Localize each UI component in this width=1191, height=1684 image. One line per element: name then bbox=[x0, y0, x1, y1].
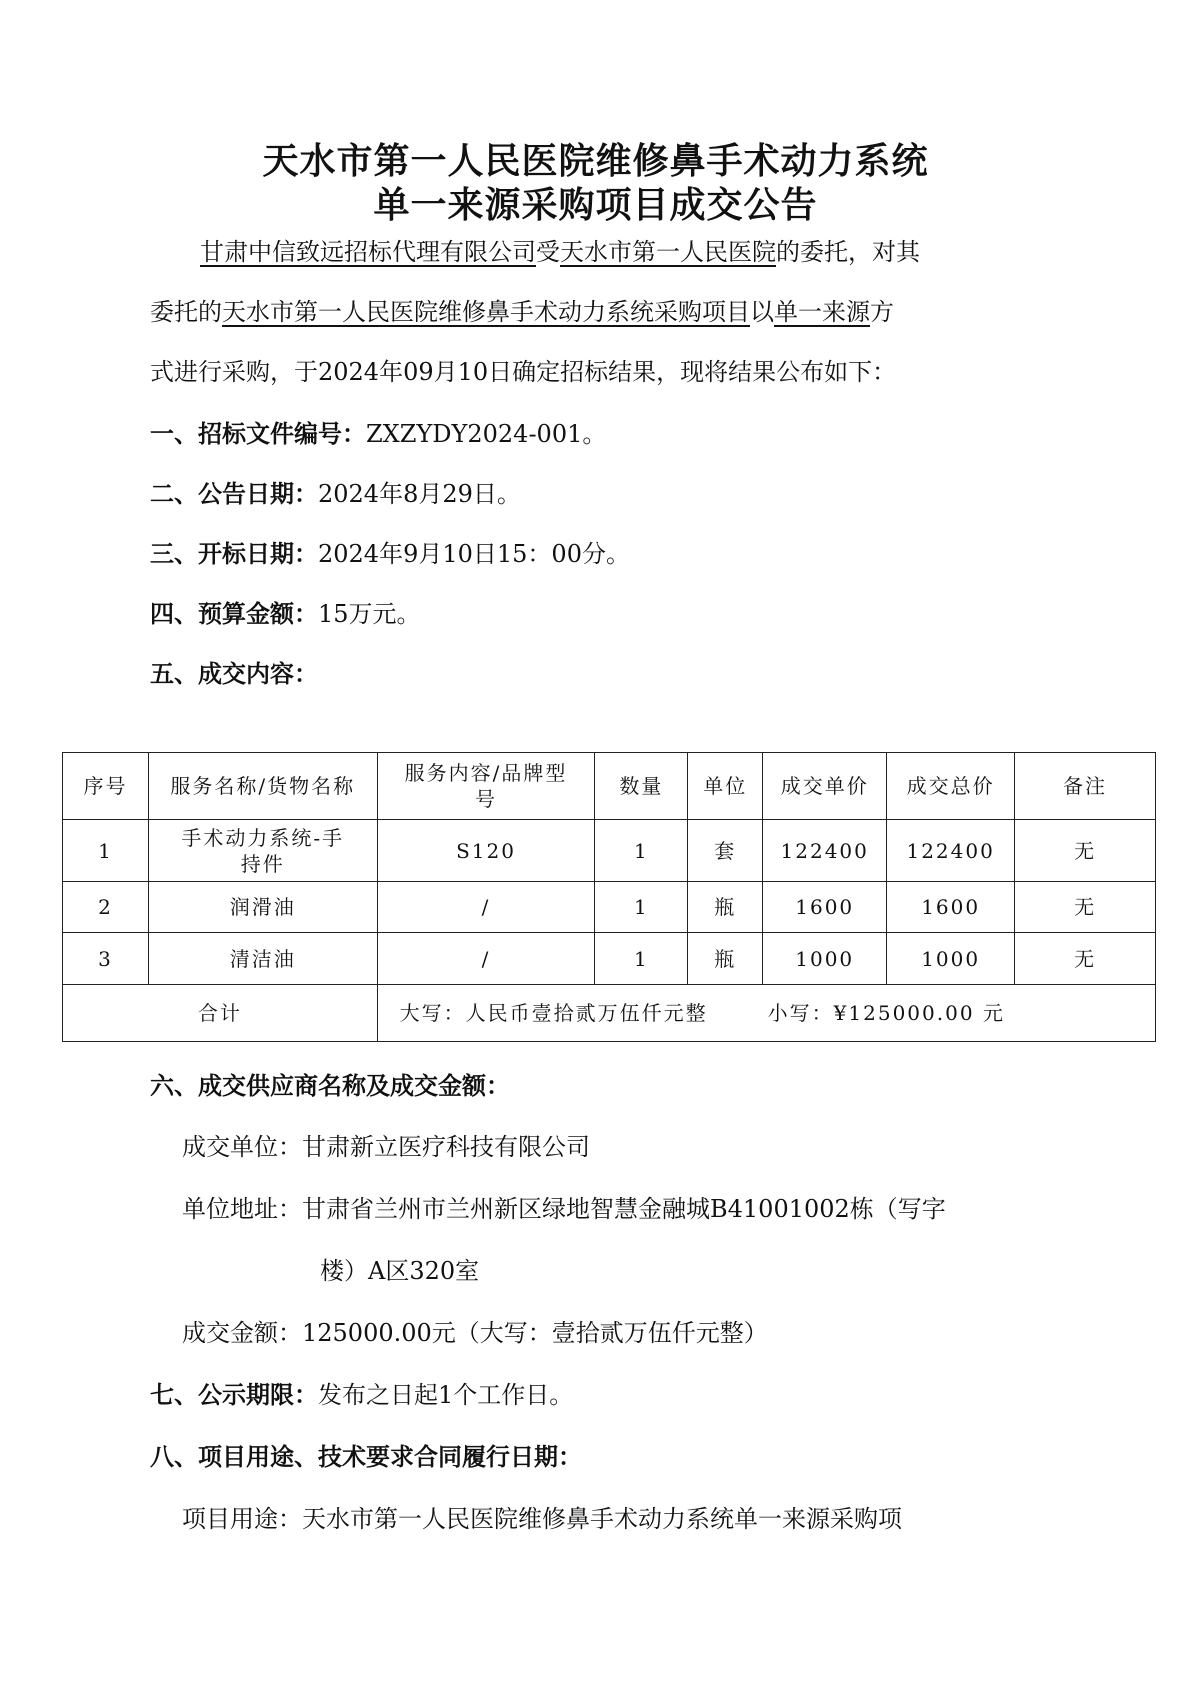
table-row: 3 清洁油 / 1 瓶 1000 1000 无 bbox=[63, 933, 1156, 985]
section-label: 二、公告日期： bbox=[150, 480, 318, 508]
field-label: 成交单位： bbox=[182, 1133, 302, 1161]
section-tender-number: 一、招标文件编号：ZXZYDY2024-001。 bbox=[150, 418, 606, 450]
document-title-line2: 单一来源采购项目成交公告 bbox=[0, 184, 1191, 228]
field-label: 成交金额： bbox=[182, 1319, 302, 1347]
cell-no: 1 bbox=[63, 820, 149, 882]
cell-no: 2 bbox=[63, 882, 149, 933]
total-upper: 大写：人民币壹拾贰万伍仟元整 bbox=[400, 1001, 708, 1025]
section-label: 四、预算金额： bbox=[150, 600, 318, 628]
intro-line-1: 甘肃中信致远招标代理有限公司受天水市第一人民医院的委托，对其 bbox=[200, 236, 920, 268]
section-label: 八、项目用途、技术要求合同履行日期： bbox=[150, 1443, 582, 1471]
opening-date: 2024年9月10日15：00分。 bbox=[318, 540, 630, 568]
supplier-address-line1: 甘肃省兰州市兰州新区绿地智慧金融城B41001002栋（写字 bbox=[302, 1195, 946, 1223]
column-header: 单位 bbox=[688, 753, 763, 820]
section-label: 五、成交内容： bbox=[150, 660, 318, 688]
cell-unit-price: 1600 bbox=[763, 882, 887, 933]
table-row: 2 润滑油 / 1 瓶 1600 1600 无 bbox=[63, 882, 1156, 933]
announcement-date: 2024年8月29日。 bbox=[318, 480, 521, 508]
cell-name: 润滑油 bbox=[148, 882, 377, 933]
tender-number: ZXZYDY2024-001。 bbox=[366, 420, 606, 448]
column-header: 服务内容/品牌型号 bbox=[377, 753, 595, 820]
section-publicity-period: 七、公示期限：发布之日起1个工作日。 bbox=[150, 1379, 573, 1411]
cell-unit: 套 bbox=[688, 820, 763, 882]
cell-remark: 无 bbox=[1015, 933, 1156, 985]
cell-spec: / bbox=[377, 882, 595, 933]
document-title-line1: 天水市第一人民医院维修鼻手术动力系统 bbox=[0, 140, 1191, 184]
budget-amount: 15万元。 bbox=[318, 600, 421, 628]
total-amount: 大写：人民币壹拾贰万伍仟元整小写：¥125000.00 元 bbox=[377, 985, 1155, 1042]
cell-name: 清洁油 bbox=[148, 933, 377, 985]
cell-remark: 无 bbox=[1015, 820, 1156, 882]
column-header: 成交单价 bbox=[763, 753, 887, 820]
purchaser-name: 天水市第一人民医院 bbox=[560, 238, 776, 266]
column-header: 服务名称/货物名称 bbox=[148, 753, 377, 820]
table-total-row: 合计 大写：人民币壹拾贰万伍仟元整小写：¥125000.00 元 bbox=[63, 985, 1156, 1042]
cell-no: 3 bbox=[63, 933, 149, 985]
supplier-unit: 成交单位：甘肃新立医疗科技有限公司 bbox=[182, 1131, 590, 1163]
total-lower: 小写：¥125000.00 元 bbox=[768, 1001, 1005, 1025]
column-header: 成交总价 bbox=[887, 753, 1015, 820]
column-header: 序号 bbox=[63, 753, 149, 820]
cell-unit: 瓶 bbox=[688, 882, 763, 933]
procurement-method: 单一来源 bbox=[774, 298, 870, 326]
award-table: 序号 服务名称/货物名称 服务内容/品牌型号 数量 单位 成交单价 成交总价 备… bbox=[62, 752, 1156, 1042]
project-name: 天水市第一人民医院维修鼻手术动力系统采购项目 bbox=[222, 298, 750, 326]
section-award-content: 五、成交内容： bbox=[150, 658, 318, 690]
cell-unit-price: 122400 bbox=[763, 820, 887, 882]
supplier-address-line2: 楼）A区320室 bbox=[320, 1255, 479, 1287]
section-project-usage: 八、项目用途、技术要求合同履行日期： bbox=[150, 1441, 582, 1473]
cell-total-price: 1600 bbox=[887, 882, 1015, 933]
section-budget: 四、预算金额：15万元。 bbox=[150, 598, 421, 630]
award-amount: 125000.00元（大写：壹拾贰万伍仟元整） bbox=[302, 1319, 768, 1347]
publicity-period: 发布之日起1个工作日。 bbox=[318, 1381, 573, 1409]
cell-remark: 无 bbox=[1015, 882, 1156, 933]
agency-name: 甘肃中信致远招标代理有限公司 bbox=[200, 238, 536, 266]
intro-line-3: 式进行采购，于2024年09月10日确定招标结果，现将结果公布如下： bbox=[150, 356, 896, 388]
project-usage-value: 天水市第一人民医院维修鼻手术动力系统单一来源采购项 bbox=[302, 1505, 902, 1533]
intro-text: 受 bbox=[536, 238, 560, 266]
section-supplier: 六、成交供应商名称及成交金额： bbox=[150, 1070, 510, 1102]
field-label: 项目用途： bbox=[182, 1505, 302, 1533]
column-header: 备注 bbox=[1015, 753, 1156, 820]
cell-qty: 1 bbox=[595, 820, 688, 882]
intro-text: 委托的 bbox=[150, 298, 222, 326]
total-label: 合计 bbox=[63, 985, 378, 1042]
cell-unit-price: 1000 bbox=[763, 933, 887, 985]
cell-spec: S120 bbox=[377, 820, 595, 882]
supplier-amount: 成交金额：125000.00元（大写：壹拾贰万伍仟元整） bbox=[182, 1317, 768, 1349]
cell-total-price: 122400 bbox=[887, 820, 1015, 882]
cell-name: 手术动力系统-手持件 bbox=[148, 820, 377, 882]
section-label: 六、成交供应商名称及成交金额： bbox=[150, 1072, 510, 1100]
supplier-name: 甘肃新立医疗科技有限公司 bbox=[302, 1133, 590, 1161]
cell-qty: 1 bbox=[595, 933, 688, 985]
section-announcement-date: 二、公告日期：2024年8月29日。 bbox=[150, 478, 521, 510]
cell-spec: / bbox=[377, 933, 595, 985]
cell-qty: 1 bbox=[595, 882, 688, 933]
intro-text: 以 bbox=[750, 298, 774, 326]
table-header-row: 序号 服务名称/货物名称 服务内容/品牌型号 数量 单位 成交单价 成交总价 备… bbox=[63, 753, 1156, 820]
supplier-address: 单位地址：甘肃省兰州市兰州新区绿地智慧金融城B41001002栋（写字 bbox=[182, 1193, 946, 1225]
cell-unit: 瓶 bbox=[688, 933, 763, 985]
document-page: 天水市第一人民医院维修鼻手术动力系统 单一来源采购项目成交公告 甘肃中信致远招标… bbox=[0, 0, 1191, 1684]
column-header: 数量 bbox=[595, 753, 688, 820]
section-label: 一、招标文件编号： bbox=[150, 420, 366, 448]
field-label: 单位地址： bbox=[182, 1195, 302, 1223]
table-row: 1 手术动力系统-手持件 S120 1 套 122400 122400 无 bbox=[63, 820, 1156, 882]
cell-total-price: 1000 bbox=[887, 933, 1015, 985]
intro-text: 方 bbox=[870, 298, 894, 326]
section-opening-date: 三、开标日期：2024年9月10日15：00分。 bbox=[150, 538, 630, 570]
project-usage: 项目用途：天水市第一人民医院维修鼻手术动力系统单一来源采购项 bbox=[182, 1503, 902, 1535]
intro-line-2: 委托的天水市第一人民医院维修鼻手术动力系统采购项目以单一来源方 bbox=[150, 296, 894, 328]
section-label: 七、公示期限： bbox=[150, 1381, 318, 1409]
intro-text: 的委托，对其 bbox=[776, 238, 920, 266]
section-label: 三、开标日期： bbox=[150, 540, 318, 568]
